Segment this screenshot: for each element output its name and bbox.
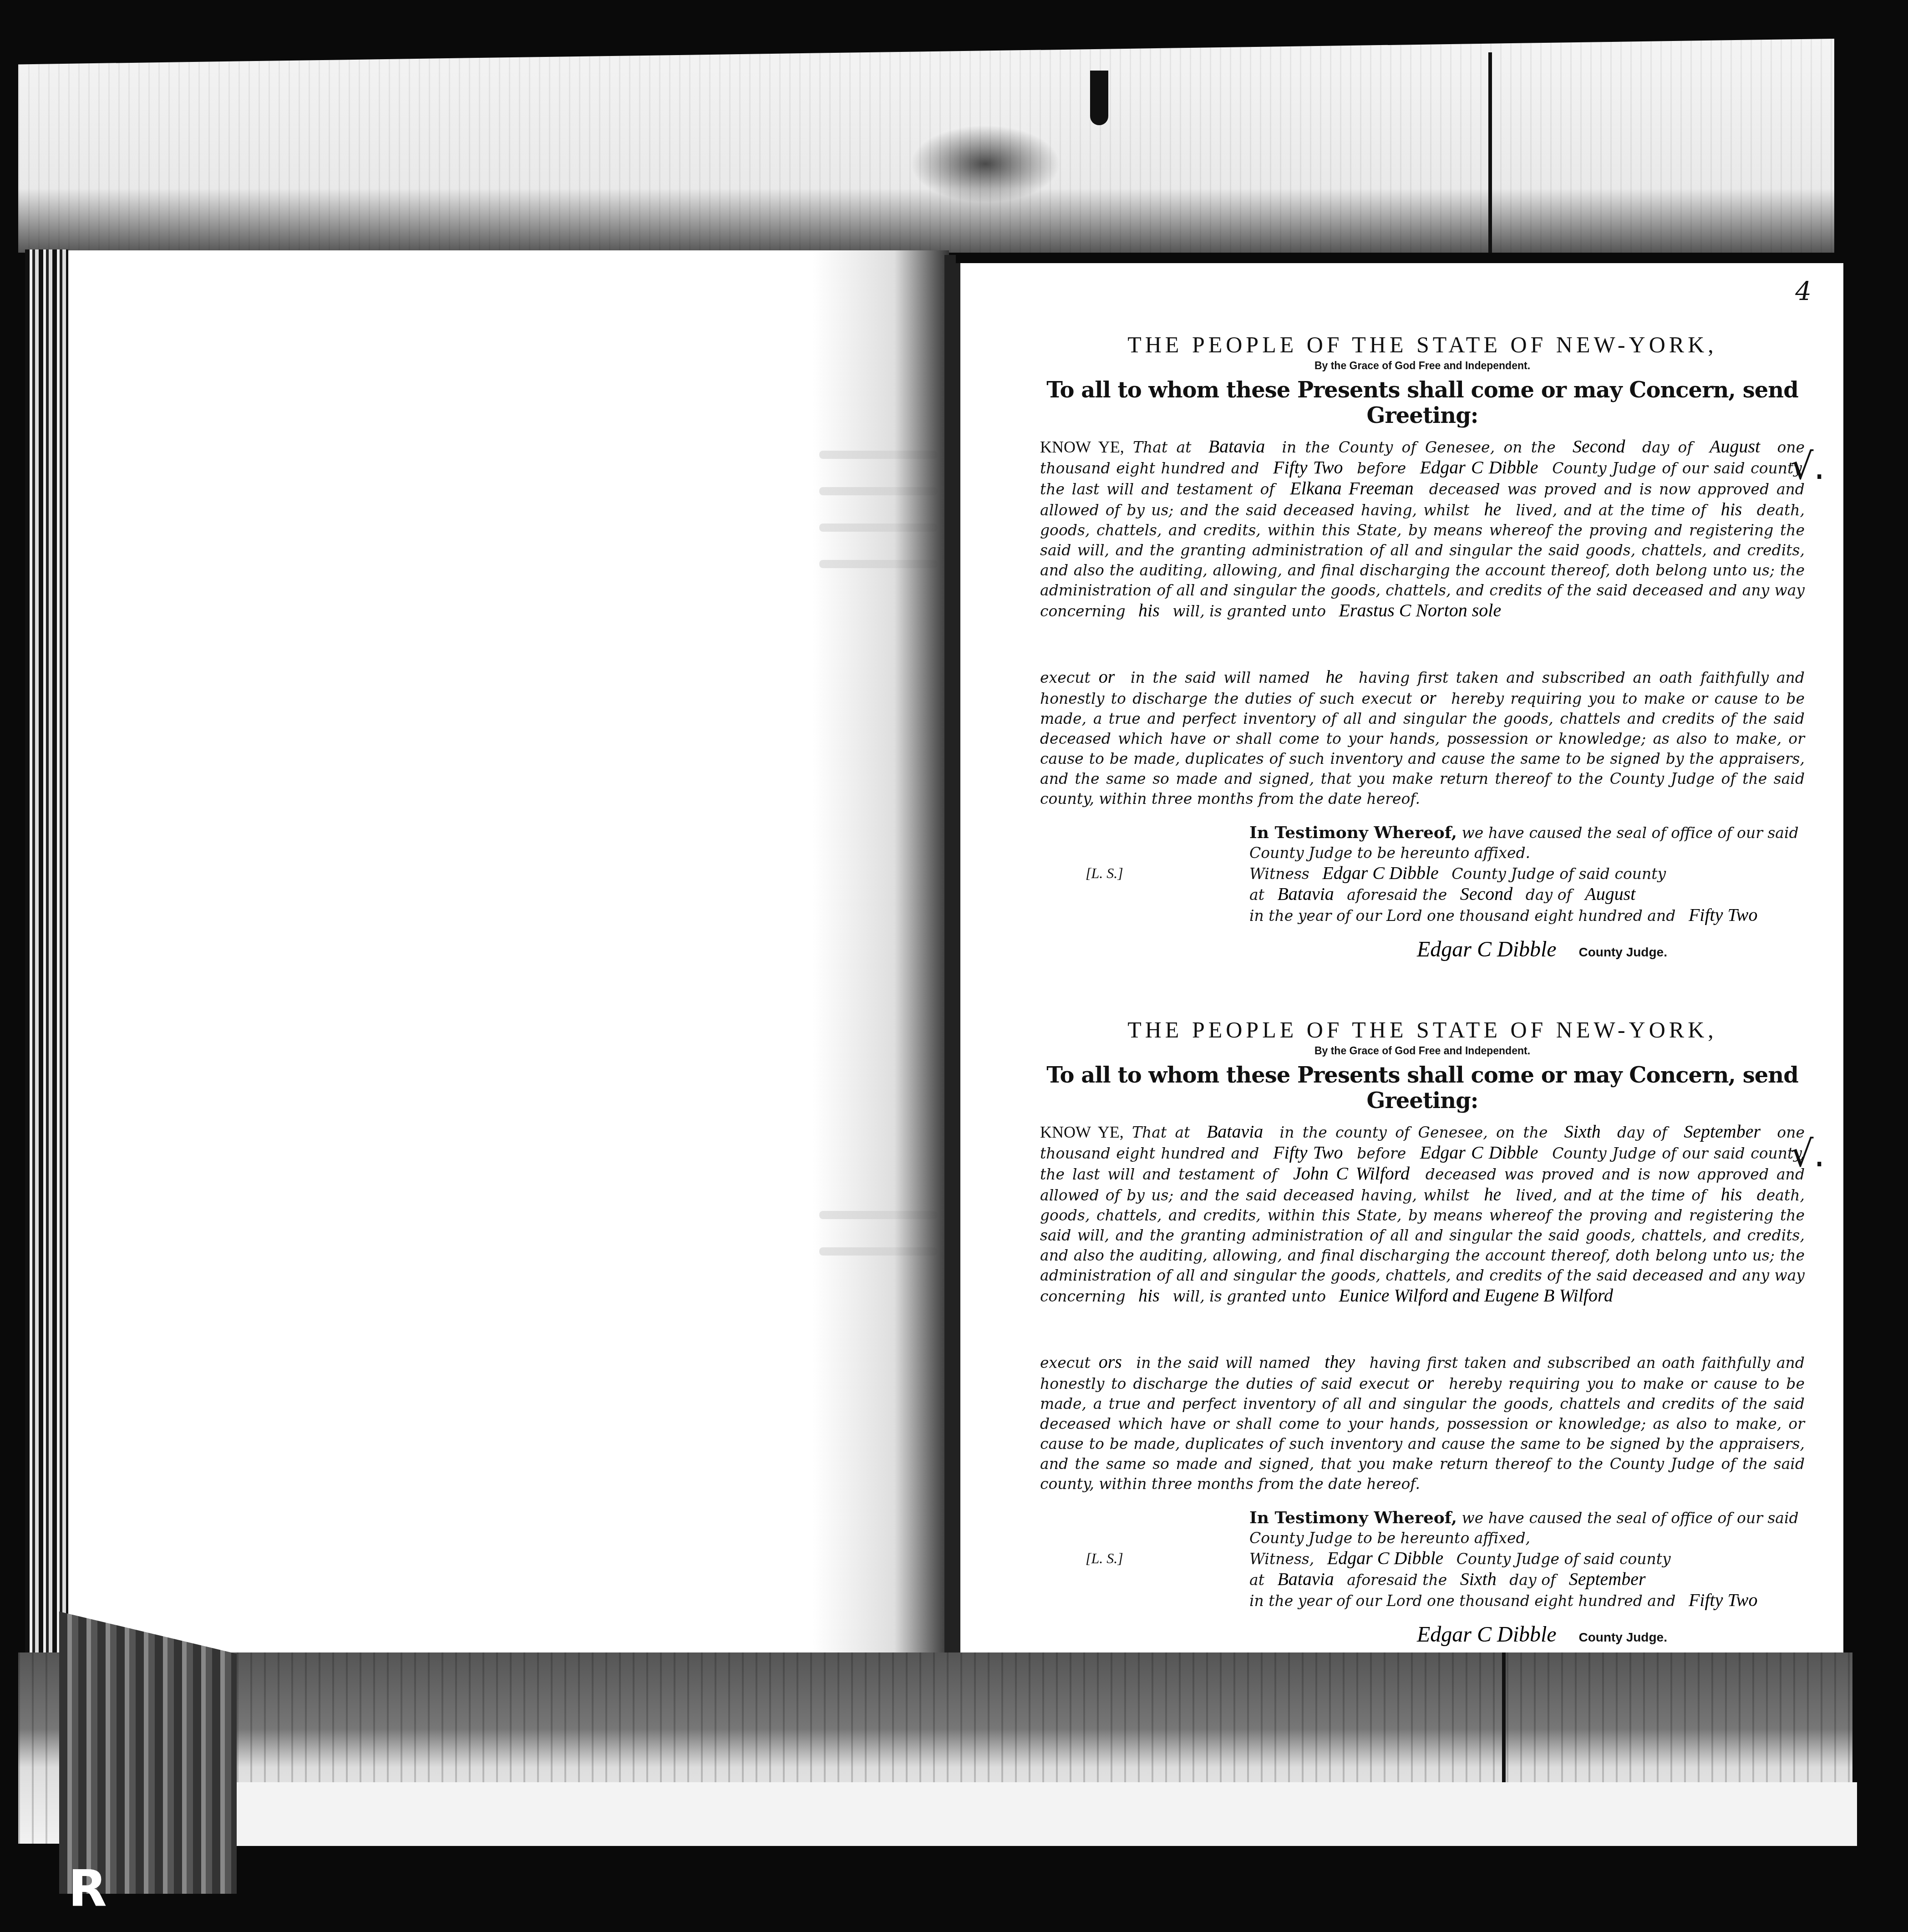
testimony-block: In Testimony Whereof, we have caused the… <box>1249 1508 1805 1647</box>
nail-shadow <box>1090 71 1108 125</box>
month-field: August <box>1701 436 1768 457</box>
witness-name: Edgar C Dibble <box>1319 1548 1452 1568</box>
month-field: September <box>1675 1121 1769 1142</box>
judge-field: Edgar C Dibble <box>1412 457 1547 478</box>
deceased-field: Elkana Freeman <box>1282 478 1422 498</box>
signature-line: Edgar C Dibble County Judge. <box>1409 1625 1805 1647</box>
probate-record-1: THE PEOPLE OF THE STATE OF NEW-YORK, By … <box>1040 331 1805 962</box>
left-page-blank <box>68 250 949 1675</box>
day-field: Sixth <box>1556 1121 1609 1142</box>
witness-name: Edgar C Dibble <box>1314 863 1447 883</box>
clamp-letter: R <box>68 1860 107 1918</box>
paper-strip <box>232 1782 1857 1846</box>
year-field: Fifty Two <box>1265 457 1351 478</box>
record-greeting: To all to whom these Presents shall come… <box>1040 377 1805 428</box>
executors-field: Eunice Wilford and Eugene B Wilford <box>1331 1285 1622 1306</box>
testimony-block: In Testimony Whereof, we have caused the… <box>1249 823 1805 962</box>
record-body-part2: executors in the said will named they ha… <box>1040 1352 1805 1494</box>
seal-placeholder: [L. S.] <box>1086 1548 1123 1568</box>
book-spine <box>944 255 956 1689</box>
book-page-edges <box>25 249 68 1724</box>
judge-field: Edgar C Dibble <box>1412 1142 1547 1163</box>
bottom-wooden-board <box>18 1652 1852 1844</box>
judge-signature: Edgar C Dibble <box>1409 1622 1565 1647</box>
page-gutter-shadow <box>812 250 949 1675</box>
page-number: 4 <box>1795 277 1812 306</box>
record-body-part2: executor in the said will named he havin… <box>1040 667 1805 809</box>
record-subheading: By the Grace of God Free and Independent… <box>1040 1045 1805 1057</box>
seal-placeholder: [L. S.] <box>1086 863 1123 883</box>
probate-record-2: THE PEOPLE OF THE STATE OF NEW-YORK, By … <box>1040 1017 1805 1647</box>
deceased-field: John C Wilford <box>1285 1163 1418 1184</box>
record-greeting: To all to whom these Presents shall come… <box>1040 1063 1805 1113</box>
record-heading: THE PEOPLE OF THE STATE OF NEW-YORK, <box>1040 1017 1805 1043</box>
ink-smudge <box>910 125 1061 203</box>
judge-signature: Edgar C Dibble <box>1409 937 1565 961</box>
board-seam <box>1488 52 1492 253</box>
right-page-document: 4 √. √. THE PEOPLE OF THE STATE OF NEW-Y… <box>956 263 1843 1711</box>
record-subheading: By the Grace of God Free and Independent… <box>1040 360 1805 372</box>
year-field: Fifty Two <box>1265 1142 1351 1163</box>
record-heading: THE PEOPLE OF THE STATE OF NEW-YORK, <box>1040 331 1805 358</box>
top-wooden-board <box>18 39 1834 253</box>
record-body-part1: KNOW YE, That at Batavia in the county o… <box>1040 1122 1805 1307</box>
executors-field: Erastus C Norton sole <box>1331 600 1510 620</box>
place-field: Batavia <box>1200 436 1273 457</box>
record-body-part1: KNOW YE, That at Batavia in the County o… <box>1040 437 1805 621</box>
place-field: Batavia <box>1198 1121 1271 1142</box>
day-field: Second <box>1564 436 1634 457</box>
signature-line: Edgar C Dibble County Judge. <box>1409 940 1805 962</box>
